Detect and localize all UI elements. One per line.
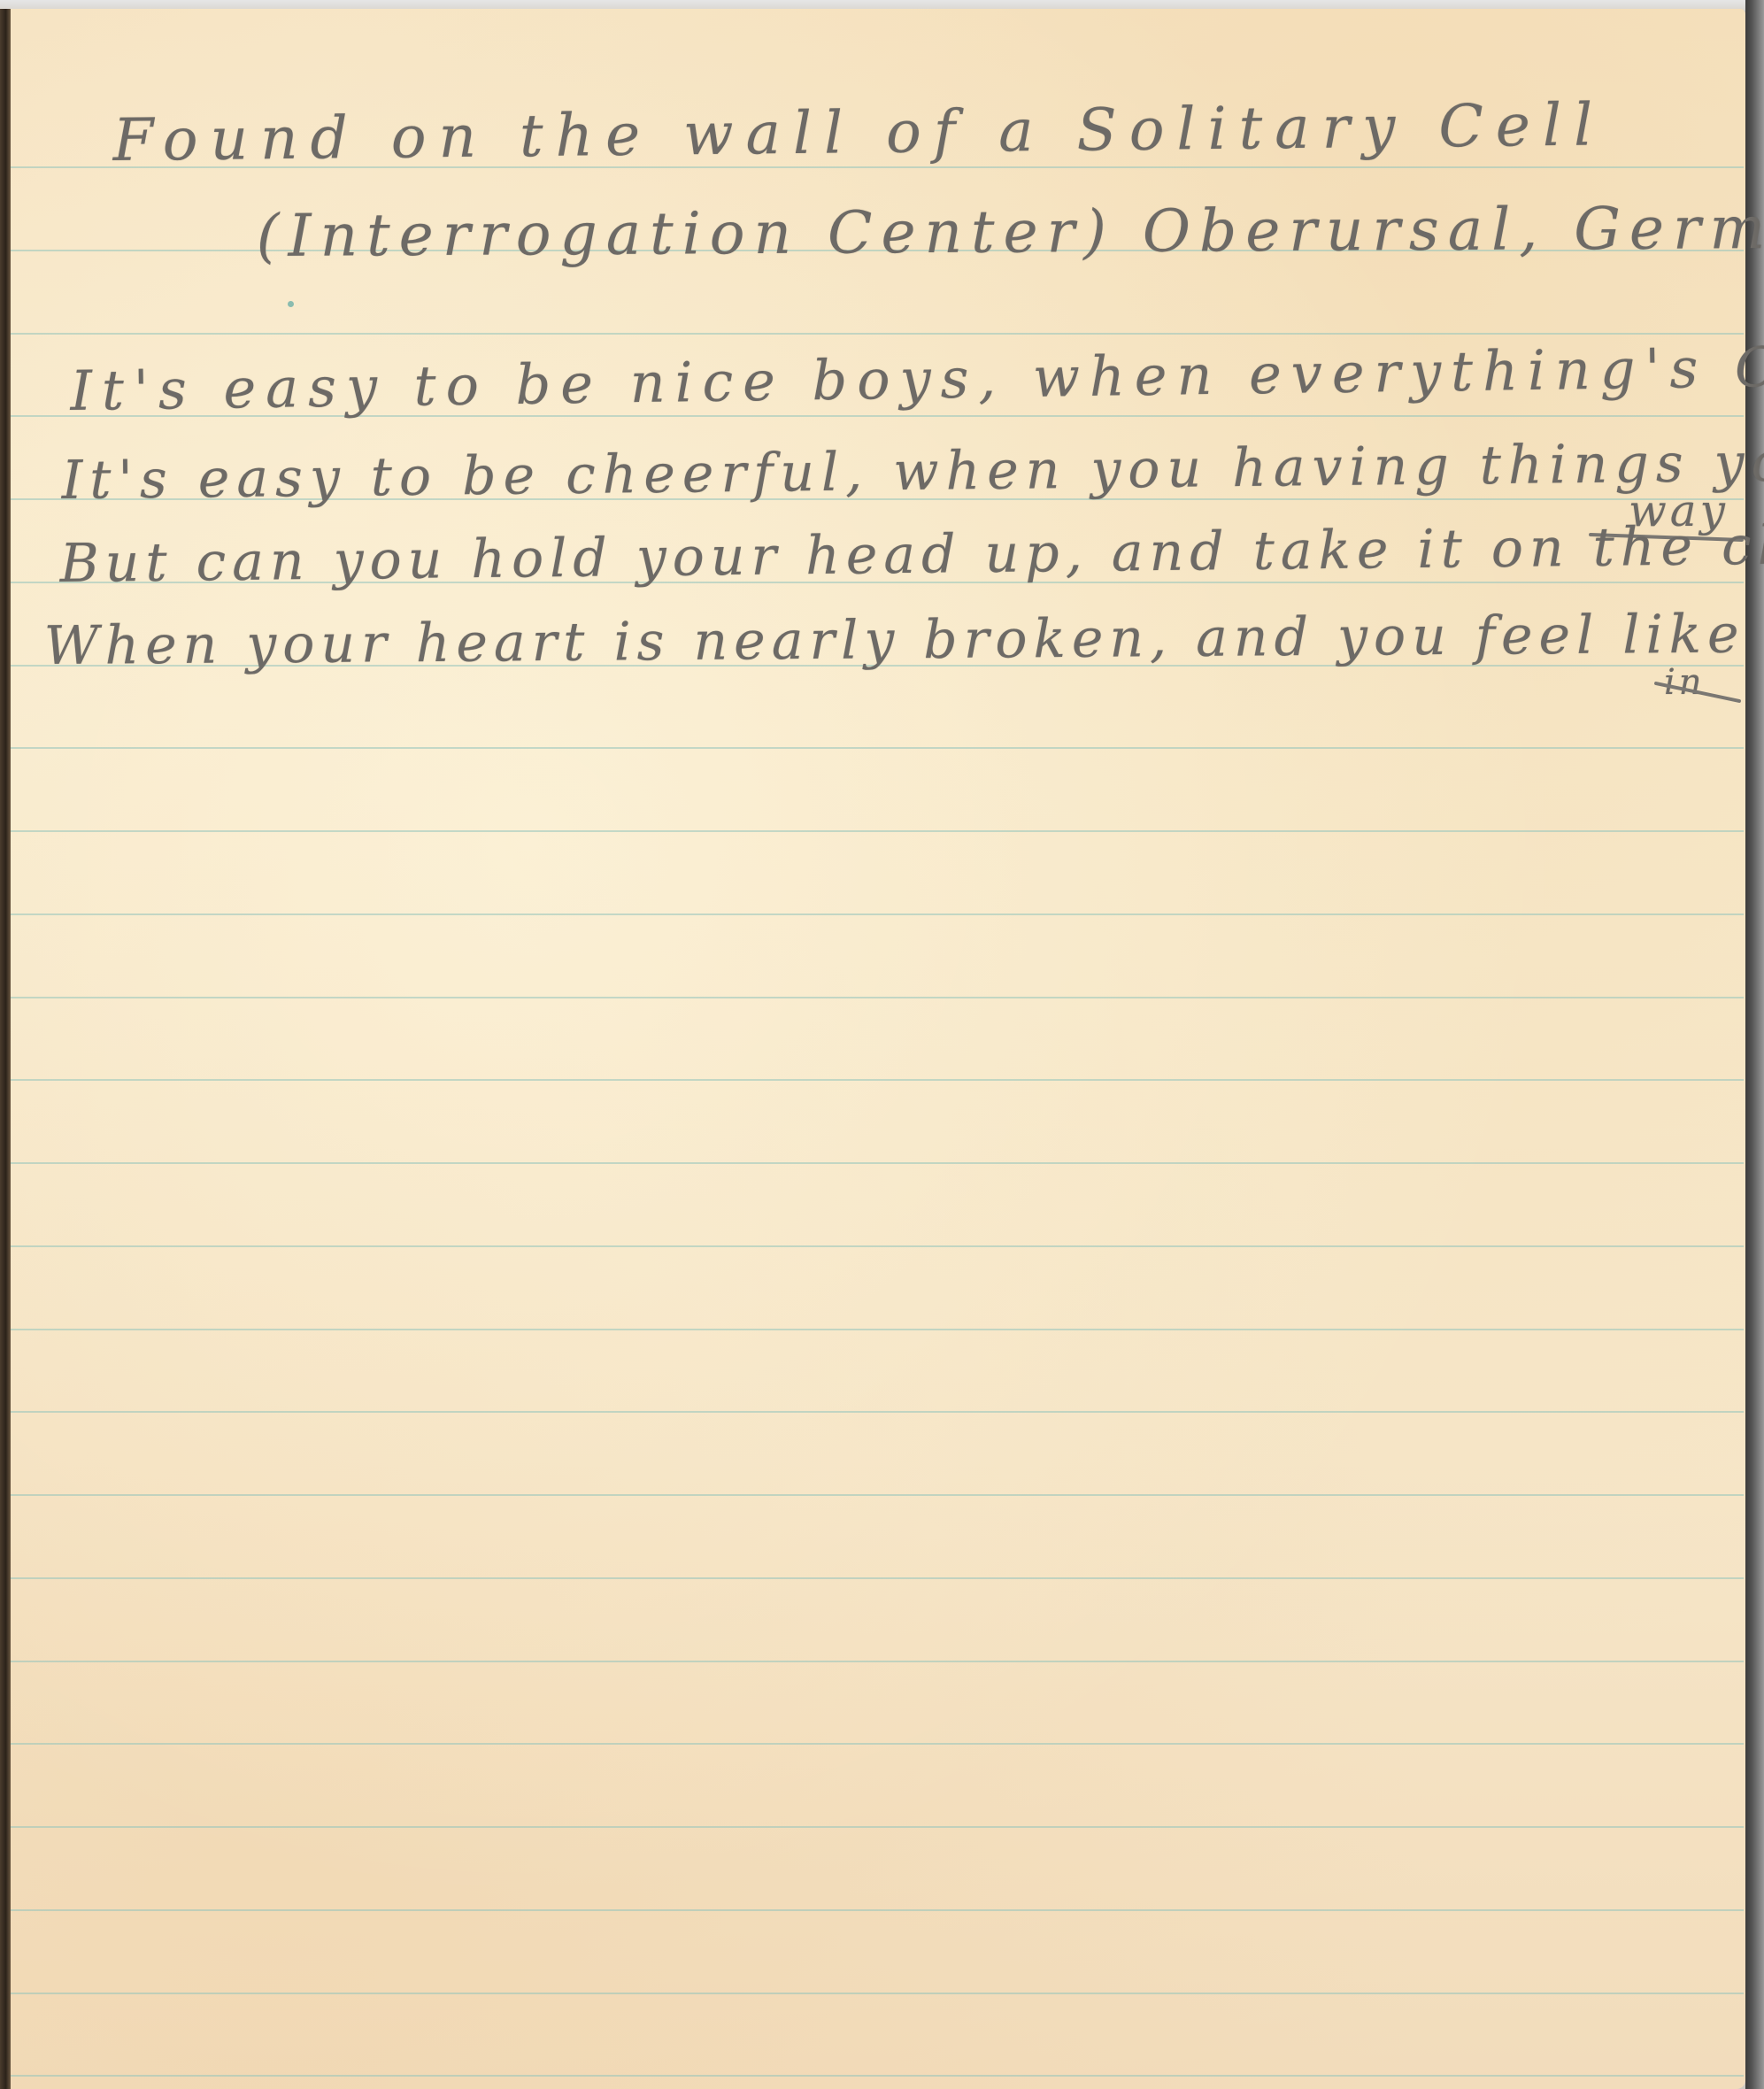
left-binding-edge bbox=[0, 9, 11, 2089]
ruled-line bbox=[11, 830, 1744, 832]
ruled-line bbox=[11, 1329, 1744, 1330]
right-scan-shadow bbox=[1745, 0, 1764, 2089]
ruled-line bbox=[11, 1245, 1744, 1247]
title-line-2: (Interrogation Center) Oberursal, German… bbox=[257, 193, 1764, 270]
ruled-line bbox=[11, 1494, 1744, 1496]
ruled-line bbox=[11, 1162, 1744, 1164]
ruled-line bbox=[11, 1909, 1744, 1911]
ruled-line bbox=[11, 913, 1744, 915]
ruled-line bbox=[11, 1079, 1744, 1081]
ruled-line bbox=[11, 1826, 1744, 1828]
scanned-notebook-page: Found on the wall of a Solitary Cell (In… bbox=[0, 0, 1764, 2089]
inserted-word-in: in bbox=[1664, 662, 1706, 703]
ruled-line bbox=[11, 333, 1744, 335]
ruled-line bbox=[11, 2075, 1744, 2077]
ruled-line bbox=[11, 1577, 1744, 1579]
poem-line-4: When your heart is nearly broken, and yo… bbox=[44, 602, 1764, 677]
ruled-line bbox=[11, 747, 1744, 749]
paper-sheet bbox=[9, 9, 1745, 2089]
ink-speck bbox=[288, 301, 294, 307]
ruled-line bbox=[11, 1743, 1744, 1745]
ruled-line bbox=[11, 1411, 1744, 1413]
ruled-line bbox=[11, 1661, 1744, 1662]
ruled-line bbox=[11, 997, 1744, 998]
ruled-line bbox=[11, 1993, 1744, 1994]
